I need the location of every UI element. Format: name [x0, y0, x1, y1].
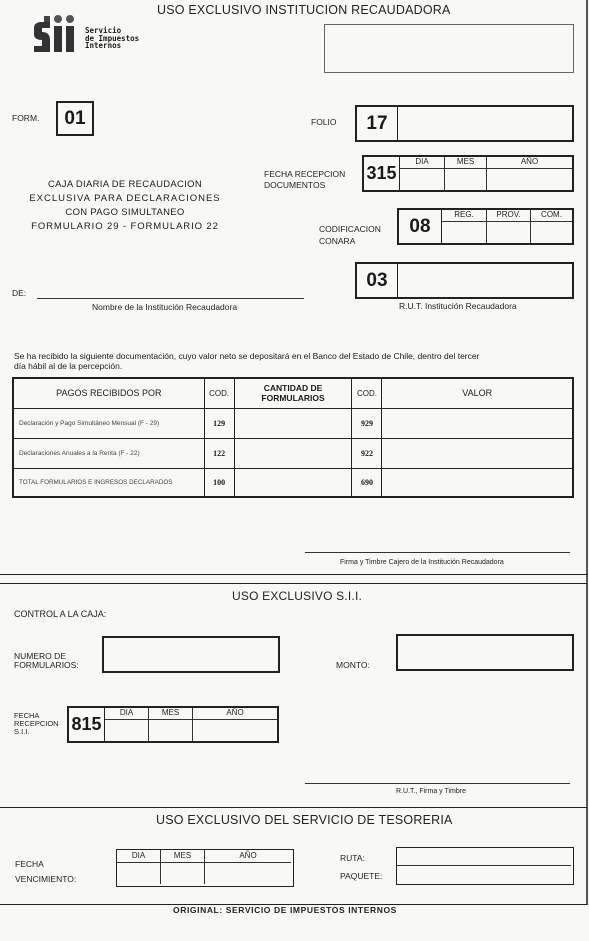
row-cantidad-field[interactable] [234, 438, 352, 468]
col-ano: AÑO [193, 708, 277, 717]
rut-caption: R.U.T. Institución Recaudadora [399, 301, 517, 312]
fecha-venc-dia-field[interactable] [117, 863, 160, 884]
paquete-label: PAQUETE: [340, 871, 382, 882]
numero-formularios-field[interactable] [102, 636, 280, 673]
table-header-row: PAGOS RECIBIDOS POR COD. CANTIDAD DE FOR… [13, 378, 573, 408]
col-com: COM. [531, 210, 572, 219]
firma-cajero-caption: Firma y Timbre Cajero de la Institución … [340, 557, 504, 568]
row-label: Declaración y Pago Simultáneo Mensual (F… [13, 408, 204, 438]
form-label: FORM. [12, 113, 39, 124]
paquete-field[interactable] [397, 866, 571, 882]
fecha-sii-dia-field[interactable] [105, 720, 148, 741]
intro-text: Se ha recibido la siguiente documentació… [14, 351, 479, 371]
header-cod-2: COD. [352, 378, 382, 408]
section-title-sii: USO EXCLUSIVO S.I.I. [232, 589, 362, 603]
row-label: TOTAL FORMULARIOS E INGRESOS DECLARADOS [13, 468, 204, 497]
col-dia: DIA [117, 851, 160, 860]
col-dia: DIA [400, 157, 444, 166]
divider-sii [0, 574, 587, 575]
col-mes: MES [445, 157, 486, 166]
row-cod1: 129 [204, 408, 234, 438]
row-cod1: 100 [204, 468, 234, 497]
rut-code: 03 [357, 264, 397, 297]
section-title-tesoreria: USO EXCLUSIVO DEL SERVICIO DE TESORERIA [156, 813, 453, 827]
col-ano: AÑO [487, 157, 572, 166]
fecha-recepcion-dia-field[interactable] [400, 169, 444, 190]
monto-field[interactable] [396, 634, 574, 671]
rut-field[interactable] [399, 264, 572, 297]
sii-logo: Servicio de Impuestos Internos [32, 14, 152, 54]
col-ano: AÑO [205, 851, 291, 860]
fecha-sii-mes-field[interactable] [149, 720, 192, 741]
col-mes: MES [149, 708, 192, 717]
table-row: Declaración y Pago Simultáneo Mensual (F… [13, 408, 573, 438]
row-cod2: 922 [352, 438, 382, 468]
fecha-sii-ano-field[interactable] [193, 720, 277, 741]
table-row-total: TOTAL FORMULARIOS E INGRESOS DECLARADOS … [13, 468, 573, 497]
footer-original: ORIGINAL: SERVICIO DE IMPUESTOS INTERNOS [173, 905, 397, 916]
header-cantidad: CANTIDAD DE FORMULARIOS [234, 378, 352, 408]
logo-line-3: Internos [85, 42, 139, 50]
fecha-recepcion-mes-field[interactable] [445, 169, 486, 190]
row-cod2: 929 [352, 408, 382, 438]
de-label: DE: [12, 288, 26, 299]
col-prov: PROV. [487, 210, 530, 219]
codificacion-com-field[interactable] [531, 222, 572, 243]
fecha-recepcion-label: FECHA RECEPCION DOCUMENTOS [264, 169, 345, 191]
ruta-label: RUTA: [340, 853, 365, 864]
de-caption: Nombre de la Institución Recaudadora [92, 302, 237, 313]
row-cantidad-field[interactable] [234, 468, 352, 497]
pagos-table: PAGOS RECIBIDOS POR COD. CANTIDAD DE FOR… [12, 377, 574, 498]
divider-tesoreria [0, 807, 587, 808]
header-cod-1: COD. [204, 378, 234, 408]
fecha-vencimiento-label: FECHA VENCIMIENTO: [15, 857, 76, 887]
firma-sii-line[interactable] [305, 783, 570, 784]
fecha-recepcion-sii-code: 815 [69, 708, 104, 741]
col-dia: DIA [105, 708, 148, 717]
ruta-paquete-box [396, 847, 574, 885]
folio-box: 17 [355, 105, 574, 142]
codificacion-prov-field[interactable] [487, 222, 530, 243]
firma-sii-caption: R.U.T., Firma y Timbre [396, 786, 466, 797]
fecha-vencimiento-box: DIA MES AÑO [116, 849, 294, 887]
row-cantidad-field[interactable] [234, 408, 352, 438]
caja-title: CAJA DIARIA DE RECAUDACION EXCLUSIVA PAR… [10, 178, 240, 234]
header-valor: VALOR [382, 378, 573, 408]
fecha-venc-mes-field[interactable] [161, 863, 204, 884]
firma-cajero-line[interactable] [305, 552, 570, 553]
codificacion-label: CODIFICACION CONARA [319, 223, 381, 247]
fecha-recepcion-box: 315 DIA MES AÑO [362, 155, 574, 192]
form-code: 01 [64, 108, 85, 130]
col-mes: MES [161, 851, 204, 860]
table-row: Declaraciones Anuales a la Renta (F - 22… [13, 438, 573, 468]
monto-label: MONTO: [336, 660, 370, 671]
col-reg: REG. [442, 210, 486, 219]
header-pagos: PAGOS RECIBIDOS POR [13, 378, 204, 408]
codificacion-code: 08 [399, 210, 441, 243]
institution-stamp-field[interactable] [324, 24, 574, 73]
fecha-recepcion-ano-field[interactable] [487, 169, 572, 190]
numero-formularios-label: NUMERO DE FORMULARIOS: [14, 652, 79, 670]
row-valor-field[interactable] [382, 438, 573, 468]
fecha-recepcion-sii-label: FECHA RECEPCION S.I.I. [14, 712, 59, 736]
folio-code: 17 [357, 107, 397, 140]
fecha-venc-ano-field[interactable] [205, 863, 291, 884]
ruta-field[interactable] [397, 848, 571, 866]
row-cod1: 122 [204, 438, 234, 468]
rut-box: 03 [355, 262, 574, 299]
fecha-recepcion-sii-box: 815 DIA MES AÑO [67, 706, 279, 743]
codificacion-box: 08 REG. PROV. COM. [397, 208, 574, 245]
sii-logo-icon [32, 14, 80, 54]
row-cod2: 690 [352, 468, 382, 497]
section-title-institucion: USO EXCLUSIVO INSTITUCION RECAUDADORA [157, 3, 451, 17]
de-institution-field[interactable] [37, 282, 304, 299]
page-right-border [586, 0, 588, 905]
folio-label: FOLIO [311, 117, 337, 128]
folio-field[interactable] [399, 107, 572, 140]
form-code-box: 01 [56, 101, 94, 136]
fecha-recepcion-code: 315 [364, 157, 399, 190]
divider-sii-2 [0, 583, 587, 584]
control-caja-label: CONTROL A LA CAJA: [14, 609, 106, 620]
row-label: Declaraciones Anuales a la Renta (F - 22… [13, 438, 204, 468]
codificacion-reg-field[interactable] [442, 222, 486, 243]
row-valor-field[interactable] [382, 468, 573, 497]
row-valor-field[interactable] [382, 408, 573, 438]
